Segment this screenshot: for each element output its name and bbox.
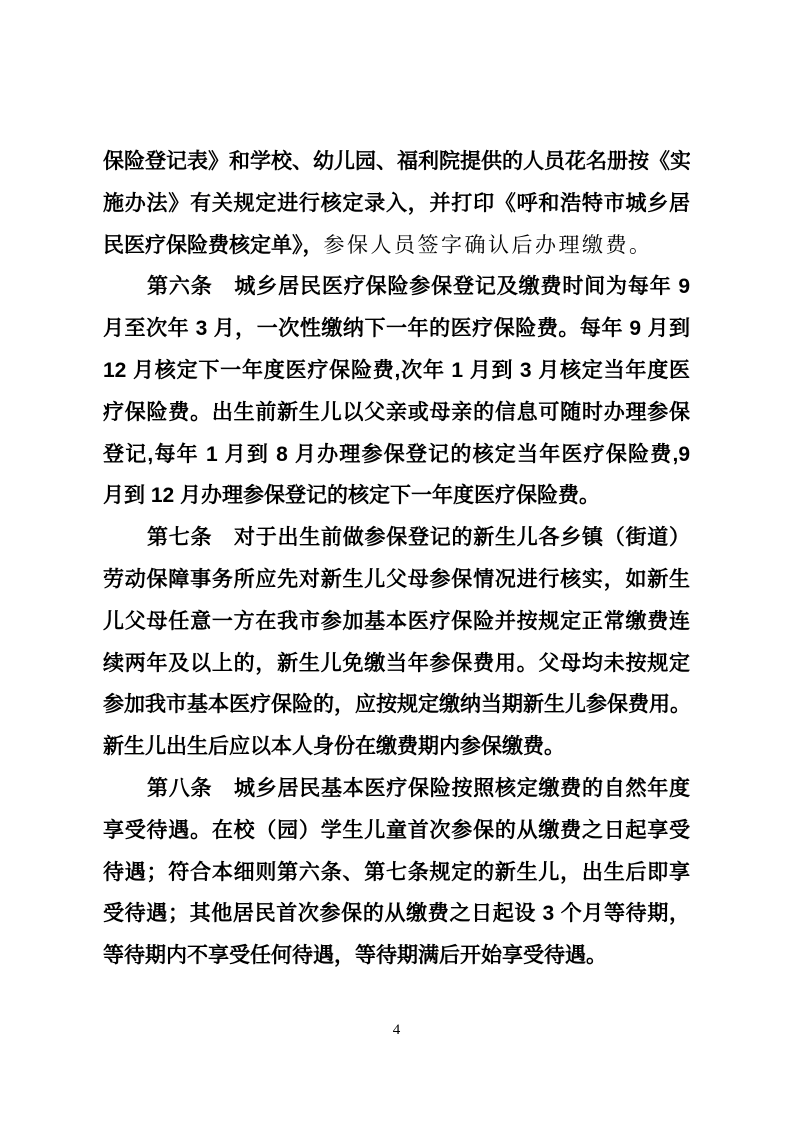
- text-line: 儿父母任意一方在我市参加基本医疗保险并按规定正常缴费连: [103, 601, 690, 643]
- document-page: 保险登记表》和学校、幼儿园、福利院提供的人员花名册按《实 施办法》有关规定进行核…: [0, 0, 793, 1122]
- line-segment-kaiti: 参保人员签字确认后办理缴费。: [324, 234, 653, 257]
- text-line: 疗保险费。出生前新生儿以父亲或母亲的信息可随时办理参保: [103, 392, 690, 434]
- text-line: 参加我市基本医疗保险的，应按规定缴纳当期新生儿参保费用。: [103, 684, 690, 726]
- paragraph-continuation: 保险登记表》和学校、幼儿园、福利院提供的人员花名册按《实 施办法》有关规定进行核…: [103, 141, 690, 266]
- text-line: 等待期内不享受任何待遇，等待期满后开始享受待遇。: [103, 935, 690, 977]
- text-line: 月到 12 月办理参保登记的核定下一年度医疗保险费。: [103, 475, 690, 517]
- paragraph-article-7: 第七条 对于出生前做参保登记的新生儿各乡镇（街道） 劳动保障事务所应先对新生儿父…: [103, 517, 690, 768]
- text-line: 第七条 对于出生前做参保登记的新生儿各乡镇（街道）: [103, 517, 690, 559]
- paragraph-article-6: 第六条 城乡居民医疗保险参保登记及缴费时间为每年 9 月至次年 3 月，一次性缴…: [103, 266, 690, 517]
- text-line: 12 月核定下一年度医疗保险费,次年 1 月到 3 月核定当年度医: [103, 350, 690, 392]
- text-line: 待遇；符合本细则第六条、第七条规定的新生儿，出生后即享: [103, 852, 690, 894]
- text-line: 保险登记表》和学校、幼儿园、福利院提供的人员花名册按《实: [103, 141, 690, 183]
- page-number: 4: [0, 1022, 793, 1039]
- text-line: 民医疗保险费核定单》，参保人员签字确认后办理缴费。: [103, 225, 690, 267]
- paragraph-article-8: 第八条 城乡居民基本医疗保险按照核定缴费的自然年度 享受待遇。在校（园）学生儿童…: [103, 768, 690, 977]
- text-line: 第六条 城乡居民医疗保险参保登记及缴费时间为每年 9: [103, 266, 690, 308]
- text-line: 施办法》有关规定进行核定录入，并打印《呼和浩特市城乡居: [103, 183, 690, 225]
- text-line: 第八条 城乡居民基本医疗保险按照核定缴费的自然年度: [103, 768, 690, 810]
- text-line: 新生儿出生后应以本人身份在缴费期内参保缴费。: [103, 726, 690, 768]
- text-line: 月至次年 3 月，一次性缴纳下一年的医疗保险费。每年 9 月到: [103, 308, 690, 350]
- text-line: 登记,每年 1 月到 8 月办理参保登记的核定当年医疗保险费,9: [103, 434, 690, 476]
- text-line: 享受待遇。在校（园）学生儿童首次参保的从缴费之日起享受: [103, 810, 690, 852]
- document-content: 保险登记表》和学校、幼儿园、福利院提供的人员花名册按《实 施办法》有关规定进行核…: [103, 141, 690, 977]
- text-line: 续两年及以上的，新生儿免缴当年参保费用。父母均未按规定: [103, 643, 690, 685]
- text-line: 受待遇；其他居民首次参保的从缴费之日起设 3 个月等待期，: [103, 893, 690, 935]
- line-segment-main: 民医疗保险费核定单》，: [103, 234, 324, 257]
- text-line: 劳动保障事务所应先对新生儿父母参保情况进行核实，如新生: [103, 559, 690, 601]
